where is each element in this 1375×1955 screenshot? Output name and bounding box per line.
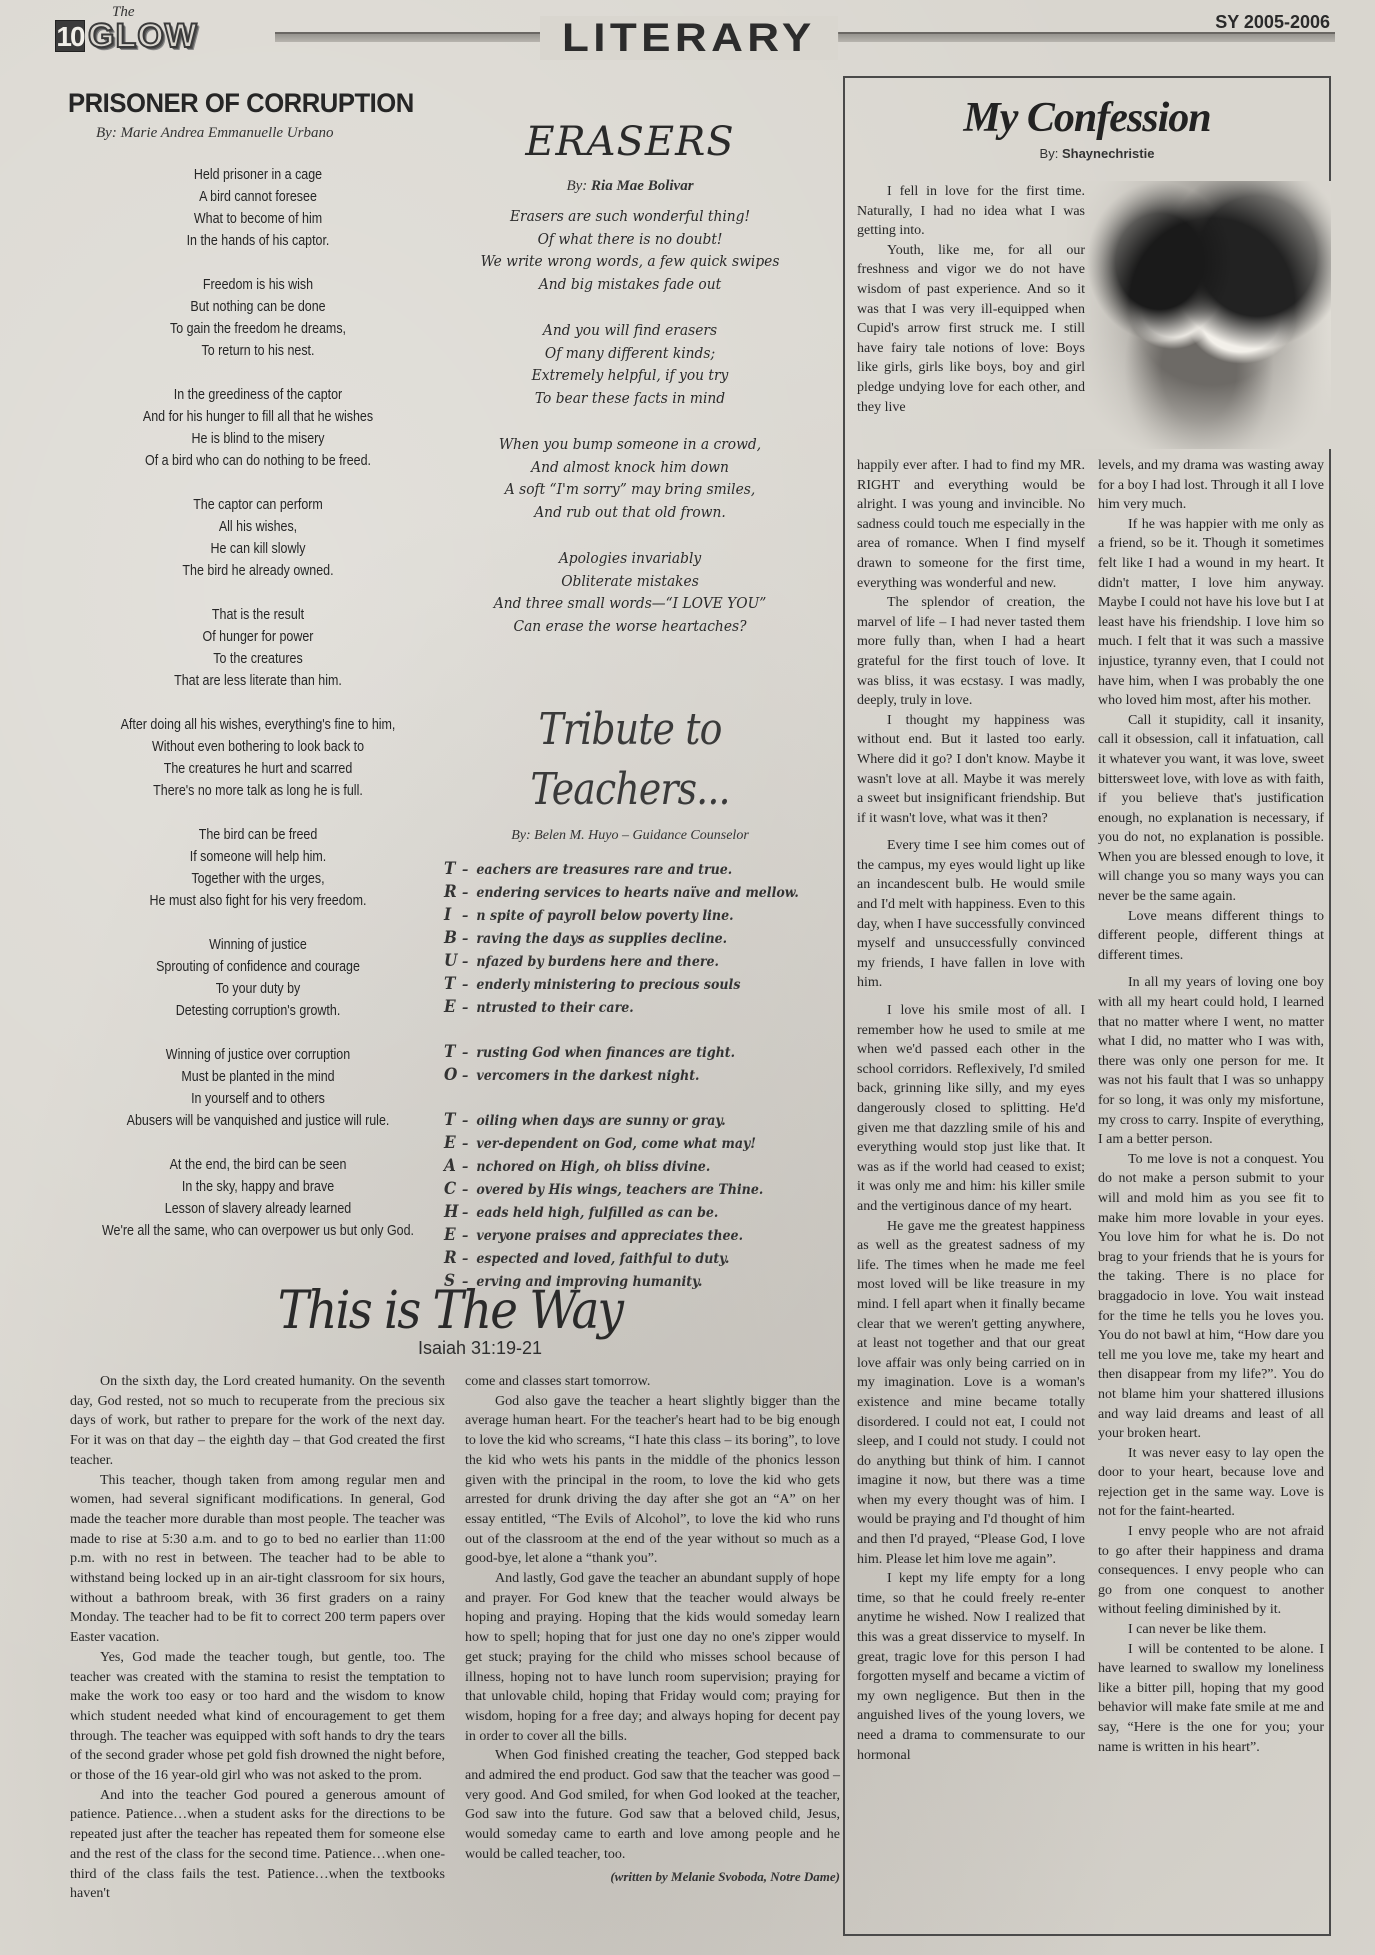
article-column-1: On the sixth day, the Lord created human… <box>70 1372 445 1904</box>
paragraph: And into the teacher God poured a genero… <box>70 1786 445 1904</box>
dash-separator: – <box>462 905 476 927</box>
acrostic-line: E–ver-dependent on God, come what may! <box>444 1132 782 1155</box>
poem-byline: By: Belen M. Huyo – Guidance Counselor <box>440 828 820 844</box>
acrostic-text: n spite of payroll below poverty line. <box>476 908 733 924</box>
dash-separator: – <box>462 951 476 973</box>
poem-line: The bird he already owned. <box>95 560 422 582</box>
poem-line: We're all the same, who can overpower us… <box>95 1220 422 1242</box>
acrostic-text: overed by His wings, teachers are Thine. <box>476 1182 763 1198</box>
acrostic-group: T–oiling when days are sunny or gray.E–v… <box>444 1109 820 1293</box>
paragraph: This teacher, though taken from among re… <box>70 1471 445 1648</box>
paragraph: The splendor of creation, the marvel of … <box>857 593 1085 711</box>
acrostic-lines: T–eachers are treasures rare and true.R–… <box>440 858 820 1293</box>
page-number: 10 <box>55 20 85 52</box>
acrostic-text: rusting God when finances are tight. <box>476 1045 735 1061</box>
poem-line: And for his hunger to fill all that he w… <box>95 406 422 428</box>
acrostic-line: I–n spite of payroll below poverty line. <box>444 904 782 927</box>
poem-line: And you will find erasers <box>460 319 800 342</box>
poem-line: Without even bothering to look back to <box>95 736 422 758</box>
acrostic-text: raving the days as supplies decline. <box>476 931 727 947</box>
acrostic-letter: R <box>444 1247 462 1269</box>
poem-line: And rub out that old frown. <box>460 501 800 524</box>
acrostic-line: H–eads held high, fulfilled as can be. <box>444 1201 782 1224</box>
poem-line: Detesting corruption's growth. <box>95 1000 422 1022</box>
poem-line: After doing all his wishes, everything's… <box>95 714 422 736</box>
poem-line: Winning of justice over corruption <box>95 1044 422 1066</box>
poem-stanzas: Held prisoner in a cageA bird cannot for… <box>68 164 448 1242</box>
poem-line: Held prisoner in a cage <box>95 164 422 186</box>
paragraph: Love means different things to different… <box>1098 907 1324 966</box>
stanza: Winning of justiceSprouting of confidenc… <box>68 934 448 1022</box>
acrostic-letter: U <box>444 950 462 972</box>
poem-line: Erasers are such wonderful thing! <box>460 205 800 228</box>
paragraph: On the sixth day, the Lord created human… <box>70 1372 445 1471</box>
poem-line: Of what there is no doubt! <box>460 228 800 251</box>
stanza: The bird can be freedIf someone will hel… <box>68 824 448 912</box>
poem-line: We write wrong words, a few quick swipes <box>460 250 800 273</box>
paragraph: When God finished creating the teacher, … <box>465 1746 840 1864</box>
acrostic-text: ntrusted to their care. <box>476 1000 633 1016</box>
acrostic-line: R–espected and loved, faithful to duty. <box>444 1247 782 1270</box>
poem-line: The creatures he hurt and scarred <box>95 758 422 780</box>
acrostic-text: veryone praises and appreciates thee. <box>476 1228 743 1244</box>
poem-line: There's no more talk as long he is full. <box>95 780 422 802</box>
acrostic-line: A–nchored on High, oh bliss divine. <box>444 1155 782 1178</box>
poem-line: Lesson of slavery already learned <box>95 1198 422 1220</box>
stanza: After doing all his wishes, everything's… <box>68 714 448 802</box>
paragraph: I can never be like them. <box>1098 1620 1324 1640</box>
poem-line: Together with the urges, <box>95 868 422 890</box>
poem-line: In yourself and to others <box>95 1088 422 1110</box>
poem-line: He is blind to the misery <box>95 428 422 450</box>
paragraph: God also gave the teacher a heart slight… <box>465 1392 840 1569</box>
poem-byline: By: Ria Mae Bolivar <box>445 178 815 195</box>
acrostic-line: E–veryone praises and appreciates thee. <box>444 1224 782 1247</box>
paragraph: He gave me the greatest happiness as wel… <box>857 1217 1085 1570</box>
acrostic-letter: E <box>444 1132 462 1154</box>
poem-line: If someone will help him. <box>95 846 422 868</box>
stanza: Winning of justice over corruptionMust b… <box>68 1044 448 1132</box>
paragraph: happily ever after. I had to find my MR.… <box>857 456 1085 593</box>
poem-line: To your duty by <box>95 978 422 1000</box>
dash-separator: – <box>462 928 476 950</box>
poem-line: That is the result <box>95 604 422 626</box>
acrostic-letter: I <box>444 904 462 926</box>
acrostic-letter: T <box>444 1109 462 1131</box>
acrostic-letter: B <box>444 927 462 949</box>
poem-title: PRISONER OF CORRUPTION <box>68 88 429 119</box>
article-column-1-top: I fell in love for the first time. Natur… <box>857 182 1085 417</box>
poem-line: To the creatures <box>95 648 422 670</box>
poem-line: What to become of him <box>95 208 422 230</box>
dash-separator: – <box>462 1202 476 1224</box>
school-year: SY 2005-2006 <box>1215 12 1330 33</box>
article-title: This is The Way <box>99 1280 801 1342</box>
poem-line: And big mistakes fade out <box>460 273 800 296</box>
stanza: When you bump someone in a crowd,And alm… <box>445 433 815 523</box>
paragraph: I thought my happiness was without end. … <box>857 711 1085 829</box>
paragraph: If he was happier with me only as a frie… <box>1098 515 1324 711</box>
poem-line: To gain the freedom he dreams, <box>95 318 422 340</box>
poem-line: A soft “I'm sorry” may bring smiles, <box>460 478 800 501</box>
acrostic-letter: C <box>444 1178 462 1200</box>
dash-separator: – <box>462 1225 476 1247</box>
paragraph: Every time I see him comes out of the ca… <box>857 836 1085 993</box>
dash-separator: – <box>462 974 476 996</box>
paragraph: And lastly, God gave the teacher an abun… <box>465 1569 840 1746</box>
poem-prisoner-of-corruption: PRISONER OF CORRUPTION By: Marie Andrea … <box>68 88 448 1264</box>
article-my-confession: My Confession By: Shaynechristie I fell … <box>843 76 1331 1936</box>
poem-line: Winning of justice <box>95 934 422 956</box>
paragraph: In all my years of loving one boy with a… <box>1098 973 1324 1149</box>
dash-separator: – <box>462 1179 476 1201</box>
acrostic-text: vercomers in the darkest night. <box>476 1068 699 1084</box>
stanza: And you will find erasersOf many differe… <box>445 319 815 409</box>
acrostic-line: T–eachers are treasures rare and true. <box>444 858 782 881</box>
acrostic-letter: T <box>444 973 462 995</box>
dash-separator: – <box>462 997 476 1019</box>
acrostic-letter: A <box>444 1155 462 1177</box>
paragraph: It was never easy to lay open the door t… <box>1098 1444 1324 1522</box>
stanza: Held prisoner in a cageA bird cannot for… <box>68 164 448 252</box>
acrostic-text: nfazed by burdens here and there. <box>476 954 718 970</box>
poem-line: When you bump someone in a crowd, <box>460 433 800 456</box>
author-name: Ria Mae Bolivar <box>591 178 694 194</box>
dash-separator: – <box>462 1065 476 1087</box>
acrostic-text: ver-dependent on God, come what may! <box>476 1136 755 1152</box>
article-this-is-the-way-header: This is The Way Isaiah 31:19-21 <box>60 1280 840 1359</box>
paragraph: Call it stupidity, call it insanity, cal… <box>1098 711 1324 907</box>
acrostic-text: nchored on High, oh bliss divine. <box>476 1159 710 1175</box>
acrostic-letter: O <box>444 1064 462 1086</box>
acrostic-text: endering services to hearts naïve and me… <box>476 885 798 901</box>
article-column-2: come and classes start tomorrow. God als… <box>465 1372 840 1904</box>
acrostic-letter: E <box>444 1224 462 1246</box>
poem-line: And three small words—“I LOVE YOU” <box>460 592 800 615</box>
acrostic-line: B–raving the days as supplies decline. <box>444 927 782 950</box>
acrostic-letter: H <box>444 1201 462 1223</box>
acrostic-line: T–rusting God when finances are tight. <box>444 1041 782 1064</box>
publication-logo: GLOW <box>88 16 198 56</box>
dash-separator: – <box>462 882 476 904</box>
poem-stanzas: Erasers are such wonderful thing!Of what… <box>445 205 815 637</box>
acrostic-letter: R <box>444 881 462 903</box>
dash-separator: – <box>462 1248 476 1270</box>
stanza: Freedom is his wishBut nothing can be do… <box>68 274 448 362</box>
poem-line: That are less literate than him. <box>95 670 422 692</box>
paragraph: levels, and my drama was wasting away fo… <box>1098 456 1324 515</box>
poem-line: To return to his nest. <box>95 340 422 362</box>
byline-prefix: By: <box>1040 146 1059 161</box>
acrostic-line: T–enderly ministering to precious souls <box>444 973 782 996</box>
dash-separator: – <box>462 1110 476 1132</box>
stanza: Apologies invariablyObliterate mistakesA… <box>445 547 815 637</box>
poem-tribute-to-teachers: Tribute to Teachers... By: Belen M. Huyo… <box>440 700 820 1315</box>
acrostic-line: U–nfazed by burdens here and there. <box>444 950 782 973</box>
poem-line: At the end, the bird can be seen <box>95 1154 422 1176</box>
poem-line: Freedom is his wish <box>95 274 422 296</box>
poem-line: Of hunger for power <box>95 626 422 648</box>
byline-prefix: By: <box>566 178 587 194</box>
acrostic-line: O–vercomers in the darkest night. <box>444 1064 782 1087</box>
stanza: In the greediness of the captorAnd for h… <box>68 384 448 472</box>
paragraph: To me love is not a conquest. You do not… <box>1098 1150 1324 1444</box>
article-byline: By: Shaynechristie <box>865 146 1329 161</box>
author-name: Shaynechristie <box>1062 146 1155 161</box>
stanza: That is the resultOf hunger for powerTo … <box>68 604 448 692</box>
poem-line: Apologies invariably <box>460 547 800 570</box>
dash-separator: – <box>462 1042 476 1064</box>
acrostic-text: eads held high, fulfilled as can be. <box>476 1205 718 1221</box>
paragraph: come and classes start tomorrow. <box>465 1372 840 1392</box>
stanza: At the end, the bird can be seenIn the s… <box>68 1154 448 1242</box>
paragraph: I kept my life empty for a long time, so… <box>857 1569 1085 1765</box>
section-title: LITERARY <box>540 16 838 60</box>
poem-line: Of a bird who can do nothing to be freed… <box>95 450 422 472</box>
paragraph: I envy people who are not afraid to go a… <box>1098 1522 1324 1620</box>
poem-line: In the hands of his captor. <box>95 230 422 252</box>
poem-line: He can kill slowly <box>95 538 422 560</box>
acrostic-line: E–ntrusted to their care. <box>444 996 782 1019</box>
dash-separator: – <box>462 1156 476 1178</box>
couple-embrace-illustration <box>1067 181 1331 449</box>
article-credit: (written by Melanie Svoboda, Notre Dame) <box>465 1869 840 1885</box>
poem-line: A bird cannot foresee <box>95 186 422 208</box>
poem-line: Obliterate mistakes <box>460 570 800 593</box>
poem-line: All his wishes, <box>95 516 422 538</box>
poem-byline: By: Marie Andrea Emmanuelle Urbano <box>96 125 448 142</box>
poem-line: The bird can be freed <box>95 824 422 846</box>
acrostic-text: eachers are treasures rare and true. <box>476 862 732 878</box>
acrostic-text: enderly ministering to precious souls <box>476 977 740 993</box>
acrostic-text: espected and loved, faithful to duty. <box>476 1251 729 1267</box>
poem-erasers: ERASERS By: Ria Mae Bolivar Erasers are … <box>445 118 815 661</box>
paragraph: Yes, God made the teacher tough, but gen… <box>70 1648 445 1786</box>
poem-line: Abusers will be vanquished and justice w… <box>95 1110 422 1132</box>
poem-line: To bear these facts in mind <box>460 387 800 410</box>
article-title: My Confession <box>845 92 1329 144</box>
poem-title: Tribute to Teachers... <box>467 700 794 820</box>
article-column-2-paragraphs: God also gave the teacher a heart slight… <box>465 1392 840 1865</box>
poem-line: Must be planted in the mind <box>95 1066 422 1088</box>
stanza: Erasers are such wonderful thing!Of what… <box>445 205 815 295</box>
poem-title: ERASERS <box>445 118 815 166</box>
acrostic-line: T–oiling when days are sunny or gray. <box>444 1109 782 1132</box>
article-column-1: happily ever after. I had to find my MR.… <box>857 456 1085 1765</box>
acrostic-line: C–overed by His wings, teachers are Thin… <box>444 1178 782 1201</box>
poem-line: Sprouting of confidence and courage <box>95 956 422 978</box>
poem-line: Can erase the worse heartaches? <box>460 615 800 638</box>
dash-separator: – <box>462 859 476 881</box>
poem-line: Extremely helpful, if you try <box>460 364 800 387</box>
acrostic-letter: T <box>444 1041 462 1063</box>
poem-line: The captor can perform <box>95 494 422 516</box>
acrostic-text: oiling when days are sunny or gray. <box>476 1113 725 1129</box>
poem-line: Of many different kinds; <box>460 342 800 365</box>
stanza: The captor can performAll his wishes,He … <box>68 494 448 582</box>
paragraph: I will be contented to be alone. I have … <box>1098 1640 1324 1758</box>
acrostic-letter: E <box>444 996 462 1018</box>
poem-line: In the sky, happy and brave <box>95 1176 422 1198</box>
acrostic-group: T–rusting God when finances are tight.O–… <box>444 1041 820 1087</box>
acrostic-letter: T <box>444 858 462 880</box>
poem-line: But nothing can be done <box>95 296 422 318</box>
masthead: 10 The GLOW LITERARY SY 2005-2006 <box>0 0 1375 62</box>
acrostic-line: R–endering services to hearts naïve and … <box>444 881 782 904</box>
poem-line: In the greediness of the captor <box>95 384 422 406</box>
paragraph: I love his smile most of all. I remember… <box>857 1001 1085 1217</box>
paragraph: I fell in love for the first time. Natur… <box>857 182 1085 241</box>
poem-line: He must also fight for his very freedom. <box>95 890 422 912</box>
article-this-is-the-way: On the sixth day, the Lord created human… <box>70 1372 840 1904</box>
article-column-2: levels, and my drama was wasting away fo… <box>1098 456 1324 1757</box>
paragraph: Youth, like me, for all our freshness an… <box>857 241 1085 417</box>
acrostic-group: T–eachers are treasures rare and true.R–… <box>444 858 820 1019</box>
dash-separator: – <box>462 1133 476 1155</box>
poem-line: And almost knock him down <box>460 456 800 479</box>
